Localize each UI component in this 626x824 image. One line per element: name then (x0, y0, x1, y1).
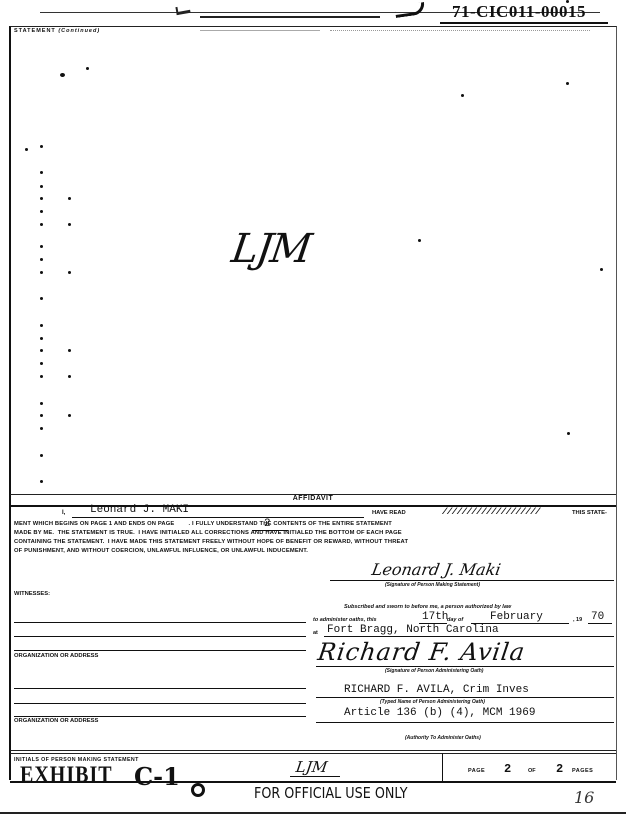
witness-line-2[interactable] (14, 636, 306, 637)
affidavit-i: I, (62, 510, 65, 516)
initials-field[interactable]: LJM (295, 758, 329, 776)
footer-top-rule (10, 750, 616, 751)
document-id-underline (440, 22, 608, 24)
margin-dot (40, 171, 43, 174)
margin-dot (40, 349, 43, 352)
margin-dot (566, 82, 569, 85)
affidavit-body-text: MENT WHICH BEGINS ON PAGE 1 AND ENDS ON … (14, 520, 618, 556)
scan-bottom-edge (0, 812, 626, 814)
footer-divider (442, 753, 443, 782)
margin-dot (68, 414, 71, 417)
ends-on-page-line (252, 530, 288, 531)
margin-dot (461, 94, 464, 97)
margin-dot (25, 148, 28, 151)
page-scrawl: 16 (574, 788, 594, 807)
margin-dot (40, 324, 43, 327)
month-field[interactable]: February (490, 611, 543, 623)
margin-dot (68, 349, 71, 352)
of-label: OF (528, 768, 536, 774)
signature-administrator[interactable]: Richard F. Avila (316, 638, 527, 666)
top-rule-bold (200, 16, 380, 18)
organization-address-label-1: ORGANIZATION OR ADDRESS (14, 653, 98, 659)
check-mark-icon (394, 2, 425, 18)
witness-line-3[interactable] (14, 650, 306, 651)
margin-dot (40, 480, 43, 483)
margin-dot (600, 268, 603, 271)
faint-header-rule (200, 30, 320, 31)
signature-statement-maker[interactable]: Leonard J. Maki (370, 560, 502, 579)
year-prefix: , 19 (573, 617, 582, 623)
margin-dot (40, 185, 43, 188)
fouo-marking: FOR OFFICIAL USE ONLY (254, 784, 408, 802)
statement-continued-label: STATEMENT (Continued) (14, 28, 100, 34)
ends-on-page-field[interactable]: 2 (264, 518, 271, 530)
affiant-name-line (72, 517, 364, 518)
handwritten-initials: LJM (229, 226, 313, 272)
margin-dot (40, 427, 43, 430)
margin-dot (567, 432, 570, 435)
witness-line-5[interactable] (14, 703, 306, 704)
exhibit-stamp: EXHIBIT (20, 762, 113, 788)
page-label: PAGE (468, 768, 485, 774)
authority-field[interactable]: Article 136 (b) (4), MCM 1969 (344, 707, 535, 719)
margin-dot (68, 271, 71, 274)
at-label: at (313, 630, 318, 636)
circle-mark-icon (191, 783, 205, 797)
day-field[interactable]: 17th (422, 611, 448, 623)
have-read-label: HAVE READ (372, 510, 406, 516)
signature-admin-line (316, 666, 614, 667)
faint-header-rule (330, 30, 590, 31)
pages-label: PAGES (572, 768, 593, 774)
signature-admin-caption: (Signature of Person Administering Oath) (385, 668, 483, 674)
margin-dot (40, 362, 43, 365)
check-mark-icon (175, 5, 190, 15)
margin-dot (40, 245, 43, 248)
margin-dot (40, 337, 43, 340)
total-pages: 2 (556, 762, 563, 776)
witnesses-label: WITNESSES: (14, 591, 50, 597)
statement-label: STATEMENT (14, 28, 56, 34)
margin-dot (86, 67, 89, 70)
margin-dot (566, 0, 569, 3)
margin-dot (40, 402, 43, 405)
authority-caption: (Authority To Administer Oaths) (405, 735, 481, 741)
margin-dot (60, 73, 65, 77)
affidavit-title: AFFIDAVIT (0, 495, 626, 502)
margin-dot (40, 197, 43, 200)
initials-line (290, 776, 340, 777)
footer-top-rule-2 (10, 753, 616, 754)
struck-text: //////////////////// (442, 507, 540, 517)
margin-dot (68, 223, 71, 226)
subscribed-text: Subscribed and sworn to before me, a per… (344, 604, 511, 610)
margin-dot (68, 375, 71, 378)
authority-line (316, 722, 614, 723)
margin-dot (68, 197, 71, 200)
place-line (324, 636, 614, 637)
this-statement-label: THIS STATE- (572, 510, 607, 516)
day-of-label: day of (447, 617, 463, 623)
typed-name-field[interactable]: RICHARD F. AVILA, Crim Inves (344, 684, 529, 696)
document-id: 71-CIC011-00015 (452, 2, 586, 22)
continued-label: (Continued) (58, 28, 100, 34)
place-field[interactable]: Fort Bragg, North Carolina (327, 624, 499, 636)
exhibit-id: C-1 (134, 762, 180, 791)
margin-dot (40, 145, 43, 148)
organization-address-label-2: ORGANIZATION OR ADDRESS (14, 718, 98, 724)
margin-dot (40, 210, 43, 213)
witness-line-1[interactable] (14, 622, 306, 623)
signature-line (330, 580, 614, 581)
year-field[interactable]: 70 (591, 611, 604, 623)
to-administer-text: to administer oaths, this (313, 617, 377, 623)
year-line (588, 623, 612, 624)
witness-line-4[interactable] (14, 688, 306, 689)
margin-dot (40, 223, 43, 226)
typed-name-line (316, 697, 614, 698)
margin-dot (40, 375, 43, 378)
margin-dot (418, 239, 421, 242)
margin-dot (40, 414, 43, 417)
typed-name-caption: (Typed Name of Person Administering Oath… (380, 699, 485, 705)
margin-dot (40, 271, 43, 274)
margin-dot (40, 297, 43, 300)
affiant-name-field[interactable]: Leonard J. MAKI (90, 504, 189, 516)
page-number: 2 (504, 762, 511, 776)
margin-dot (40, 258, 43, 261)
signature-statement-caption: (Signature of Person Making Statement) (385, 582, 480, 588)
witness-line-6[interactable] (14, 716, 306, 717)
margin-dot (40, 454, 43, 457)
